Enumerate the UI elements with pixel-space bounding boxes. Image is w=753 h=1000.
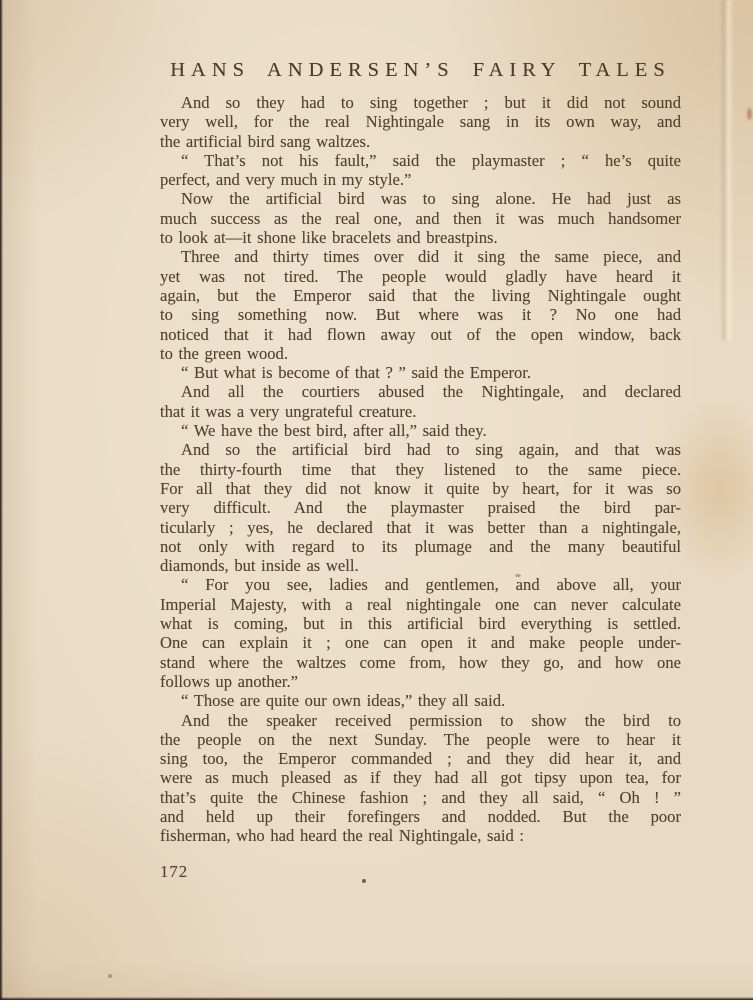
- text-line: “ But what is become of that ? ” said th…: [160, 363, 681, 382]
- paragraph: And the speaker received permission to s…: [160, 711, 681, 846]
- paragraph: Three and thirty times over did it sing …: [160, 247, 681, 363]
- text-line: to sing something now. But where was it …: [160, 305, 681, 324]
- text-line: again, but the Emperor said that the liv…: [160, 286, 681, 305]
- text-line: “ For you see, ladies and gentlemen, and…: [160, 575, 681, 594]
- text-line: For all that they did not know it quite …: [160, 479, 681, 498]
- scan-edge-left: [0, 0, 3, 1000]
- paragraph: “ Those are quite our own ideas,” they a…: [160, 691, 681, 710]
- paragraph: “ That’s not his fault,” said the playma…: [160, 151, 681, 190]
- paragraph: “ For you see, ladies and gentlemen, and…: [160, 575, 681, 691]
- text-line: “ That’s not his fault,” said the playma…: [160, 151, 681, 170]
- running-header: HANS ANDERSEN’S FAIRY TALES: [160, 59, 681, 82]
- text-line: the artificial bird sang waltzes.: [160, 132, 681, 151]
- text-line: the people on the next Sunday. The peopl…: [160, 730, 681, 749]
- text-line: And the speaker received permission to s…: [160, 711, 681, 730]
- text-line: to the green wood.: [160, 344, 681, 363]
- text-line: noticed that it had flown away out of th…: [160, 325, 681, 344]
- text-line: One can explain it ; one can open it and…: [160, 633, 681, 652]
- text-line: what is coming, but in this artificial b…: [160, 614, 681, 633]
- paragraph: “ But what is become of that ? ” said th…: [160, 363, 681, 382]
- book-page: HANS ANDERSEN’S FAIRY TALES And so they …: [0, 0, 753, 1000]
- text-line: And so they had to sing together ; but i…: [160, 93, 681, 112]
- paragraph: And so they had to sing together ; but i…: [160, 93, 681, 151]
- paragraph: Now the artificial bird was to sing alon…: [160, 189, 681, 247]
- stain: [362, 879, 366, 883]
- text-line: follows up another.”: [160, 672, 681, 691]
- text-line: Three and thirty times over did it sing …: [160, 247, 681, 266]
- paragraph: “ We have the best bird, after all,” sai…: [160, 421, 681, 440]
- paragraph: And all the courtiers abused the Nightin…: [160, 382, 681, 421]
- text-line: ticularly ; yes, he declared that it was…: [160, 518, 681, 537]
- text-line: the thirty-fourth time that they listene…: [160, 460, 681, 479]
- text-line: perfect, and very much in my style.”: [160, 170, 681, 189]
- stain: [747, 108, 752, 120]
- text-line: Now the artificial bird was to sing alon…: [160, 189, 681, 208]
- text-line: diamonds, but inside as well.: [160, 556, 681, 575]
- text-line: “ Those are quite our own ideas,” they a…: [160, 691, 681, 710]
- text-line: that’s quite the Chinese fashion ; and t…: [160, 788, 681, 807]
- text-line: And all the courtiers abused the Nightin…: [160, 382, 681, 401]
- text-line: were as much pleased as if they had all …: [160, 768, 681, 787]
- text-line: And so the artificial bird had to sing a…: [160, 440, 681, 459]
- page-body: And so they had to sing together ; but i…: [160, 93, 681, 846]
- text-line: and held up their forefingers and nodded…: [160, 807, 681, 826]
- text-line: fisherman, who had heard the real Nighti…: [160, 826, 681, 845]
- text-line: much success as the real one, and then i…: [160, 209, 681, 228]
- text-line: that it was a very ungrateful creature.: [160, 402, 681, 421]
- text-line: to look at—it shone like bracelets and b…: [160, 228, 681, 247]
- text-line: not only with regard to its plumage and …: [160, 537, 681, 556]
- paragraph: And so the artificial bird had to sing a…: [160, 440, 681, 575]
- stain: [108, 974, 112, 978]
- text-line: very well, for the real Nightingale sang…: [160, 112, 681, 131]
- page-crease: [720, 0, 734, 340]
- text-line: sing too, the Emperor commanded ; and th…: [160, 749, 681, 768]
- text-line: stand where the waltzes come from, how t…: [160, 653, 681, 672]
- page-number: 172: [160, 862, 188, 882]
- text-line: yet was not tired. The people would glad…: [160, 267, 681, 286]
- text-line: Imperial Majesty, with a real nightingal…: [160, 595, 681, 614]
- text-line: “ We have the best bird, after all,” sai…: [160, 421, 681, 440]
- text-line: very difficult. And the playmaster prais…: [160, 498, 681, 517]
